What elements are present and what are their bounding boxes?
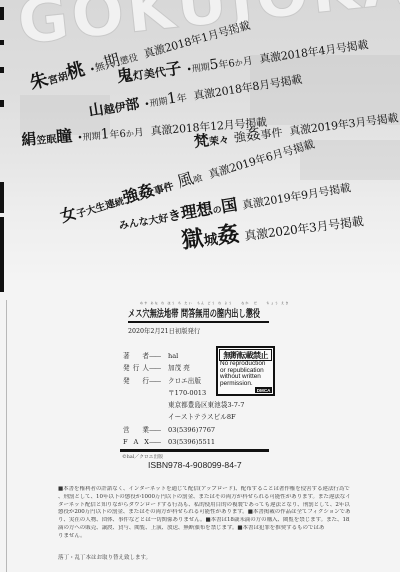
publication-date: 2020年2月21日初版発行 <box>128 326 200 335</box>
legal-notice-line: りません。 <box>58 533 350 541</box>
glyph-run: 子 <box>164 58 182 79</box>
credit-separator: —— <box>149 424 168 436</box>
credit-separator: —— <box>149 436 168 448</box>
credit-value: 東京都豊島区東池袋3-7-7 <box>168 399 244 411</box>
glyph-run: •刑期 <box>77 132 101 144</box>
legal-notice-line: ターネット配信と知りながらダウンロードする行為も、私的使用目的の複製であっても違… <box>58 502 350 510</box>
binding-mark <box>0 217 4 292</box>
credit-value: クロエ出版 <box>168 375 201 387</box>
credit-value: 〒170-0013 <box>168 387 206 399</box>
glyph-run: 部 <box>124 96 140 114</box>
glyph-run: 獄 <box>180 225 205 254</box>
dmca-badge: DMCA <box>255 387 272 393</box>
legal-notice-line: り、実在の人物、団体、事件などとは一切関係ありません。■本書は18歳未満の方の購… <box>58 517 350 525</box>
glyph-run: 月 <box>242 56 253 68</box>
colophon-rule <box>120 449 269 452</box>
legal-notice-line: 満の方への販売、譲渡、貸与、閲覧、上演、放送、無断頒布を禁じます。■本書は犯罪を… <box>58 525 350 533</box>
binding-mark <box>0 40 4 45</box>
story-title: 絹笠眠瞳 <box>21 128 73 148</box>
binding-mark <box>0 7 4 20</box>
credit-separator: —— <box>149 362 168 374</box>
binding-mark <box>0 100 4 107</box>
glyph-run: 絹 <box>21 130 37 149</box>
credit-fax: F A X —— 03(5396)5511 <box>123 436 244 448</box>
credit-separator: —— <box>149 350 168 362</box>
glyph-run: 梵 <box>193 131 210 151</box>
credit-sales-phone: 営 業 —— 03(5396)7767 <box>123 424 244 436</box>
glyph-run: 瞳 <box>55 126 72 146</box>
credit-value: イーストテラスビル8F <box>168 411 236 423</box>
isbn: ISBN978-4-908099-84-7 <box>148 460 242 470</box>
glyph-run: 姦 <box>216 221 241 250</box>
copyright-notice: ©hal／クロエ出版 <box>122 453 163 460</box>
title-underline <box>128 321 269 323</box>
credit-label: F A X <box>123 436 149 448</box>
credit-label: 発行人 <box>123 362 149 374</box>
legal-notice-line: 、刑罰として、10年以下の懲役か1000万円以下の罰金、またはその両方が科せられ… <box>58 494 350 502</box>
credit-label: 発 行 <box>123 375 149 387</box>
glyph-run: 年 <box>176 93 188 105</box>
legal-notice: ■本書を権利者の許諾なく、インターネットを通じて配信(アップロード)、配布するこ… <box>58 486 350 541</box>
credit-value: 加茂 亮 <box>168 362 190 374</box>
credit-value: 03(5396)5511 <box>168 436 215 448</box>
replacement-notice: 落丁・乱丁本はお取り替え致します。 <box>58 553 151 561</box>
glyph-run: 月 <box>133 127 144 139</box>
credit-value: hal <box>168 350 178 362</box>
glyph-run: 事件 <box>260 126 283 142</box>
glyph-run: 国 <box>220 195 239 216</box>
credit-label: 著 者 <box>123 350 149 362</box>
binding-mark <box>0 182 4 213</box>
glyph-run: 笠眠 <box>36 134 57 147</box>
binding-mark <box>0 67 4 73</box>
credit-label: 営 業 <box>123 424 149 436</box>
credit-address: —— 東京都豊島区東池袋3-7-7 <box>123 399 244 411</box>
credit-value: 03(5396)7767 <box>168 424 215 436</box>
no-reproduction-stamp: 無断転載禁止 No reproduction or republication … <box>216 346 275 396</box>
legal-notice-line: 懲役か200万円以下の罰金、またはその両方が科せられる可能性があります。■本書掲… <box>58 509 350 517</box>
binding-edge-line <box>6 300 7 572</box>
credit-building: —— イーストテラスビル8F <box>123 411 244 423</box>
legal-notice-line: ■本書を権利者の許諾なく、インターネットを通じて配信(アップロード)、配布するこ… <box>58 486 350 494</box>
story-title: 獄城姦 <box>180 223 240 252</box>
glyph-run: 鬼 <box>116 65 134 86</box>
book-title: メス穴無法地帯 問答無用の膣内出し懲役 <box>128 305 260 320</box>
credit-separator: —— <box>149 375 168 387</box>
